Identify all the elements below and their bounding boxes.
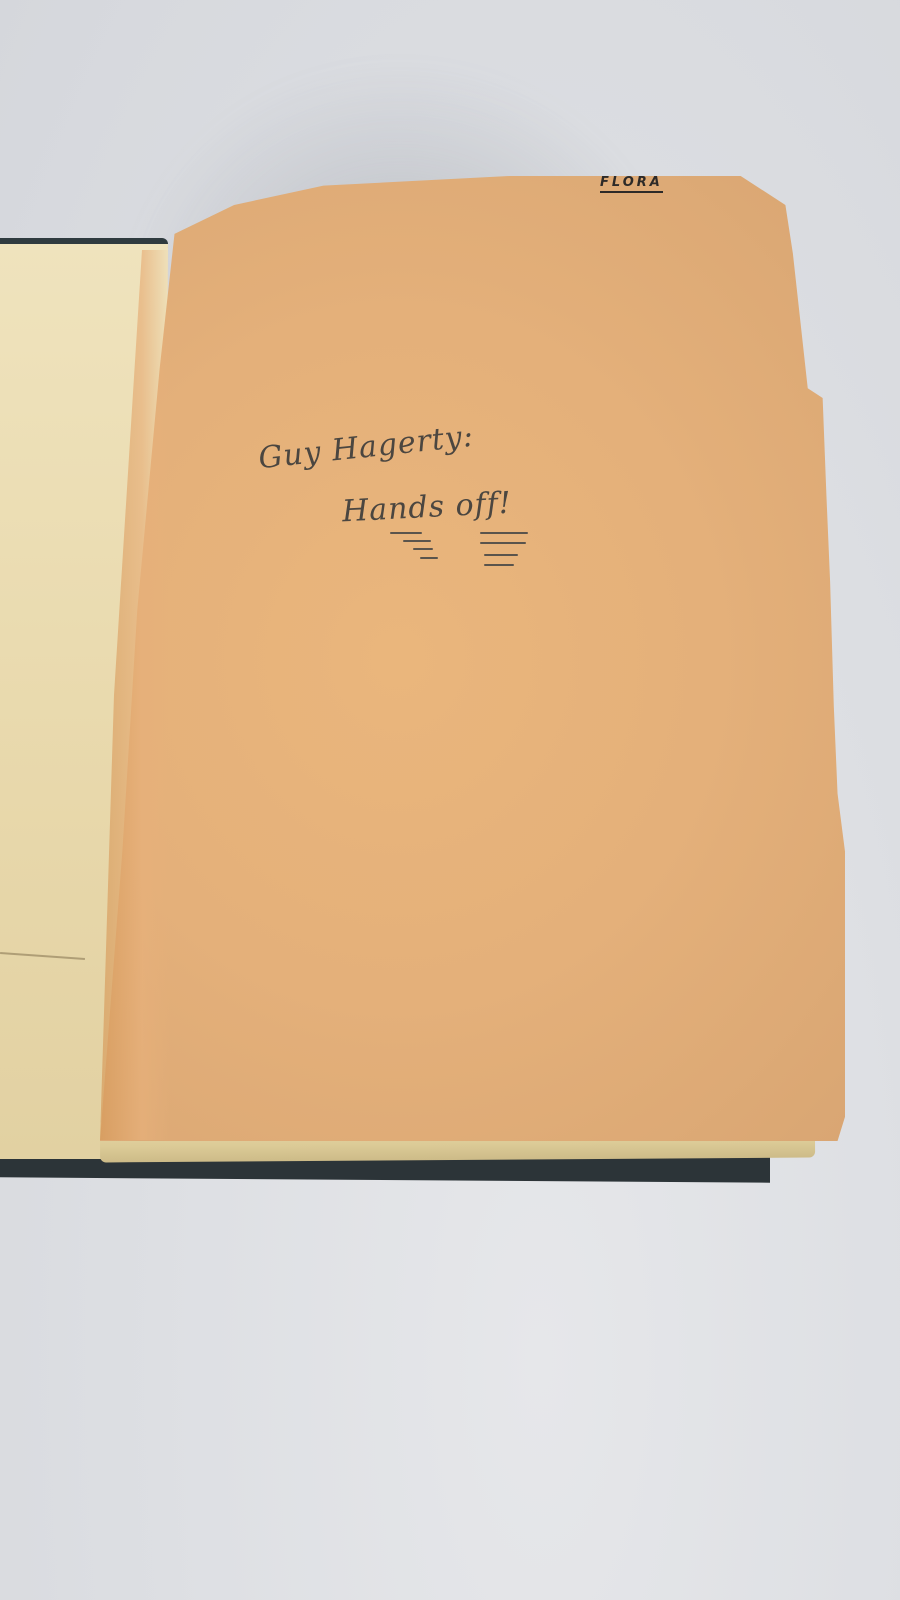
underline-mark: [480, 532, 528, 534]
underline-mark: [484, 554, 518, 556]
underline-mark: [403, 540, 431, 542]
underline-mark: [420, 557, 438, 559]
underline-mark: [484, 564, 514, 566]
underline-mark: [480, 542, 526, 544]
corner-label-flora: FLORA: [600, 175, 663, 193]
right-flyleaf: [100, 176, 845, 1141]
underline-mark: [413, 548, 433, 550]
underline-mark: [390, 532, 422, 534]
